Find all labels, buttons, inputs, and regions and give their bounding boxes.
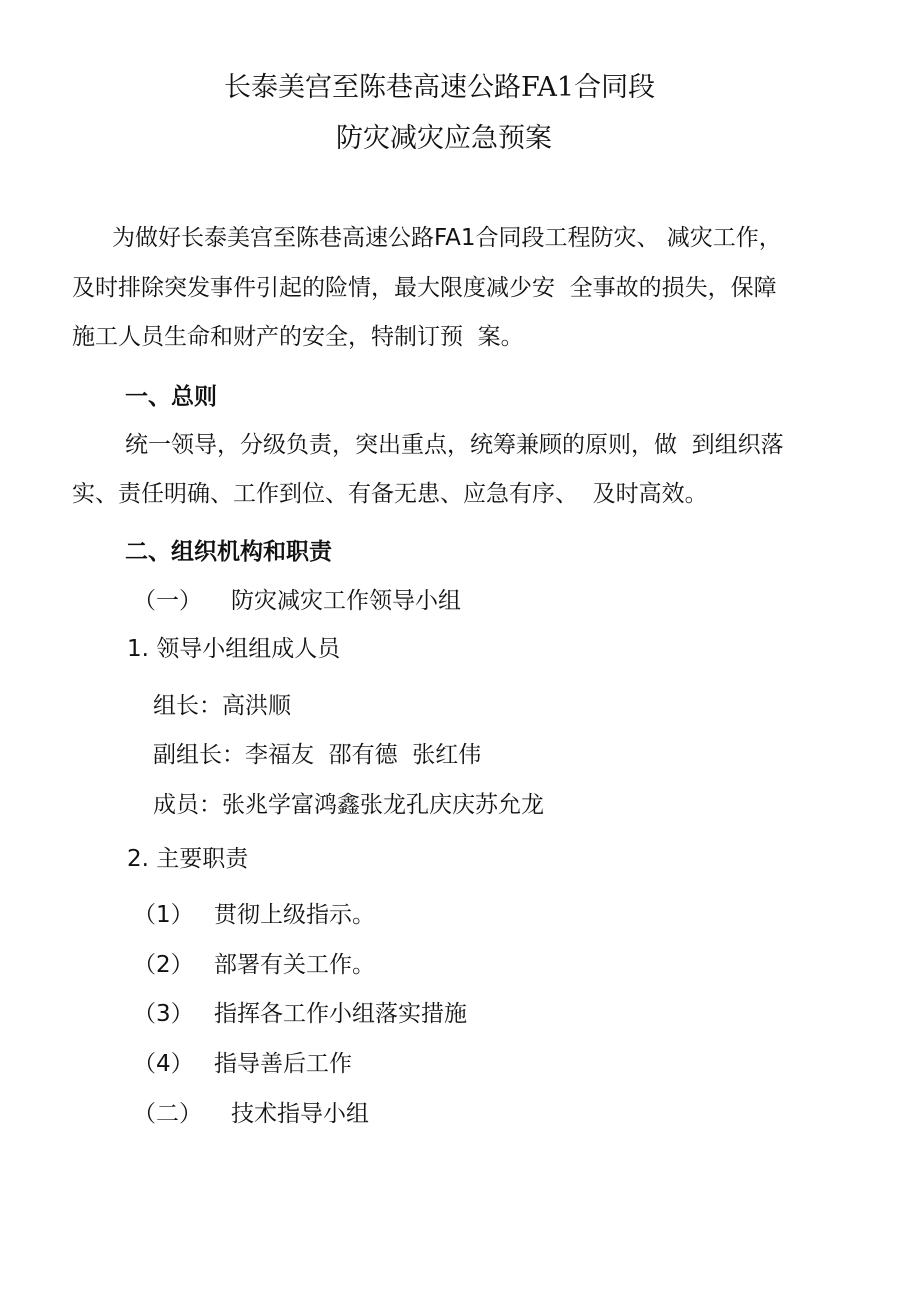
leader-line: 组长：高洪顺 bbox=[153, 695, 291, 718]
members-line: 成员：张兆学富鸿鑫张龙孔庆庆苏允龙 bbox=[153, 794, 544, 817]
duty-2-text: 部署有关工作。 bbox=[214, 954, 375, 977]
intro-line3: 施工人员生命和财产的安全，特制订预 案。 bbox=[72, 326, 524, 349]
document-title-line2: 防灾减灾应急预案 bbox=[336, 125, 552, 152]
document-title-line1: 长泰美宫至陈巷高速公路FA1合同段 bbox=[224, 74, 655, 101]
duty-4-text: 指导善后工作 bbox=[214, 1053, 352, 1076]
section1-heading: 一、总则 bbox=[125, 386, 217, 409]
subsection1-title: 防灾减灾工作领导小组 bbox=[231, 590, 461, 613]
section1-line2: 实、责任明确、工作到位、有备无患、应急有序、 及时高效。 bbox=[72, 483, 708, 506]
duty-3-num: （3） bbox=[133, 1003, 194, 1026]
deputy-line: 副组长：李福友 邵有德 张红伟 bbox=[153, 744, 481, 767]
intro-line1: 为做好长泰美宫至陈巷高速公路FA1合同段工程防灾、 减灾工作， bbox=[112, 227, 782, 250]
section1-line1: 统一领导，分级负责，突出重点，统筹兼顾的原则，做 到组织落 bbox=[125, 434, 784, 457]
item1-heading: 1. 领导小组组成人员 bbox=[127, 638, 340, 661]
duty-1-num: （1） bbox=[133, 904, 194, 927]
subsection1-label: （一） bbox=[133, 590, 202, 613]
subsection2-label: （二） bbox=[133, 1103, 202, 1126]
section2-heading: 二、组织机构和职责 bbox=[125, 541, 332, 564]
duty-1-text: 贯彻上级指示。 bbox=[214, 904, 375, 927]
item2-heading: 2. 主要职责 bbox=[127, 848, 248, 871]
duty-3-text: 指挥各工作小组落实措施 bbox=[214, 1003, 467, 1026]
subsection2-title: 技术指导小组 bbox=[231, 1103, 369, 1126]
duty-2-num: （2） bbox=[133, 954, 194, 977]
intro-line2: 及时排除突发事件引起的险情，最大限度减少安 全事故的损失，保障 bbox=[72, 277, 777, 300]
duty-4-num: （4） bbox=[133, 1053, 194, 1076]
